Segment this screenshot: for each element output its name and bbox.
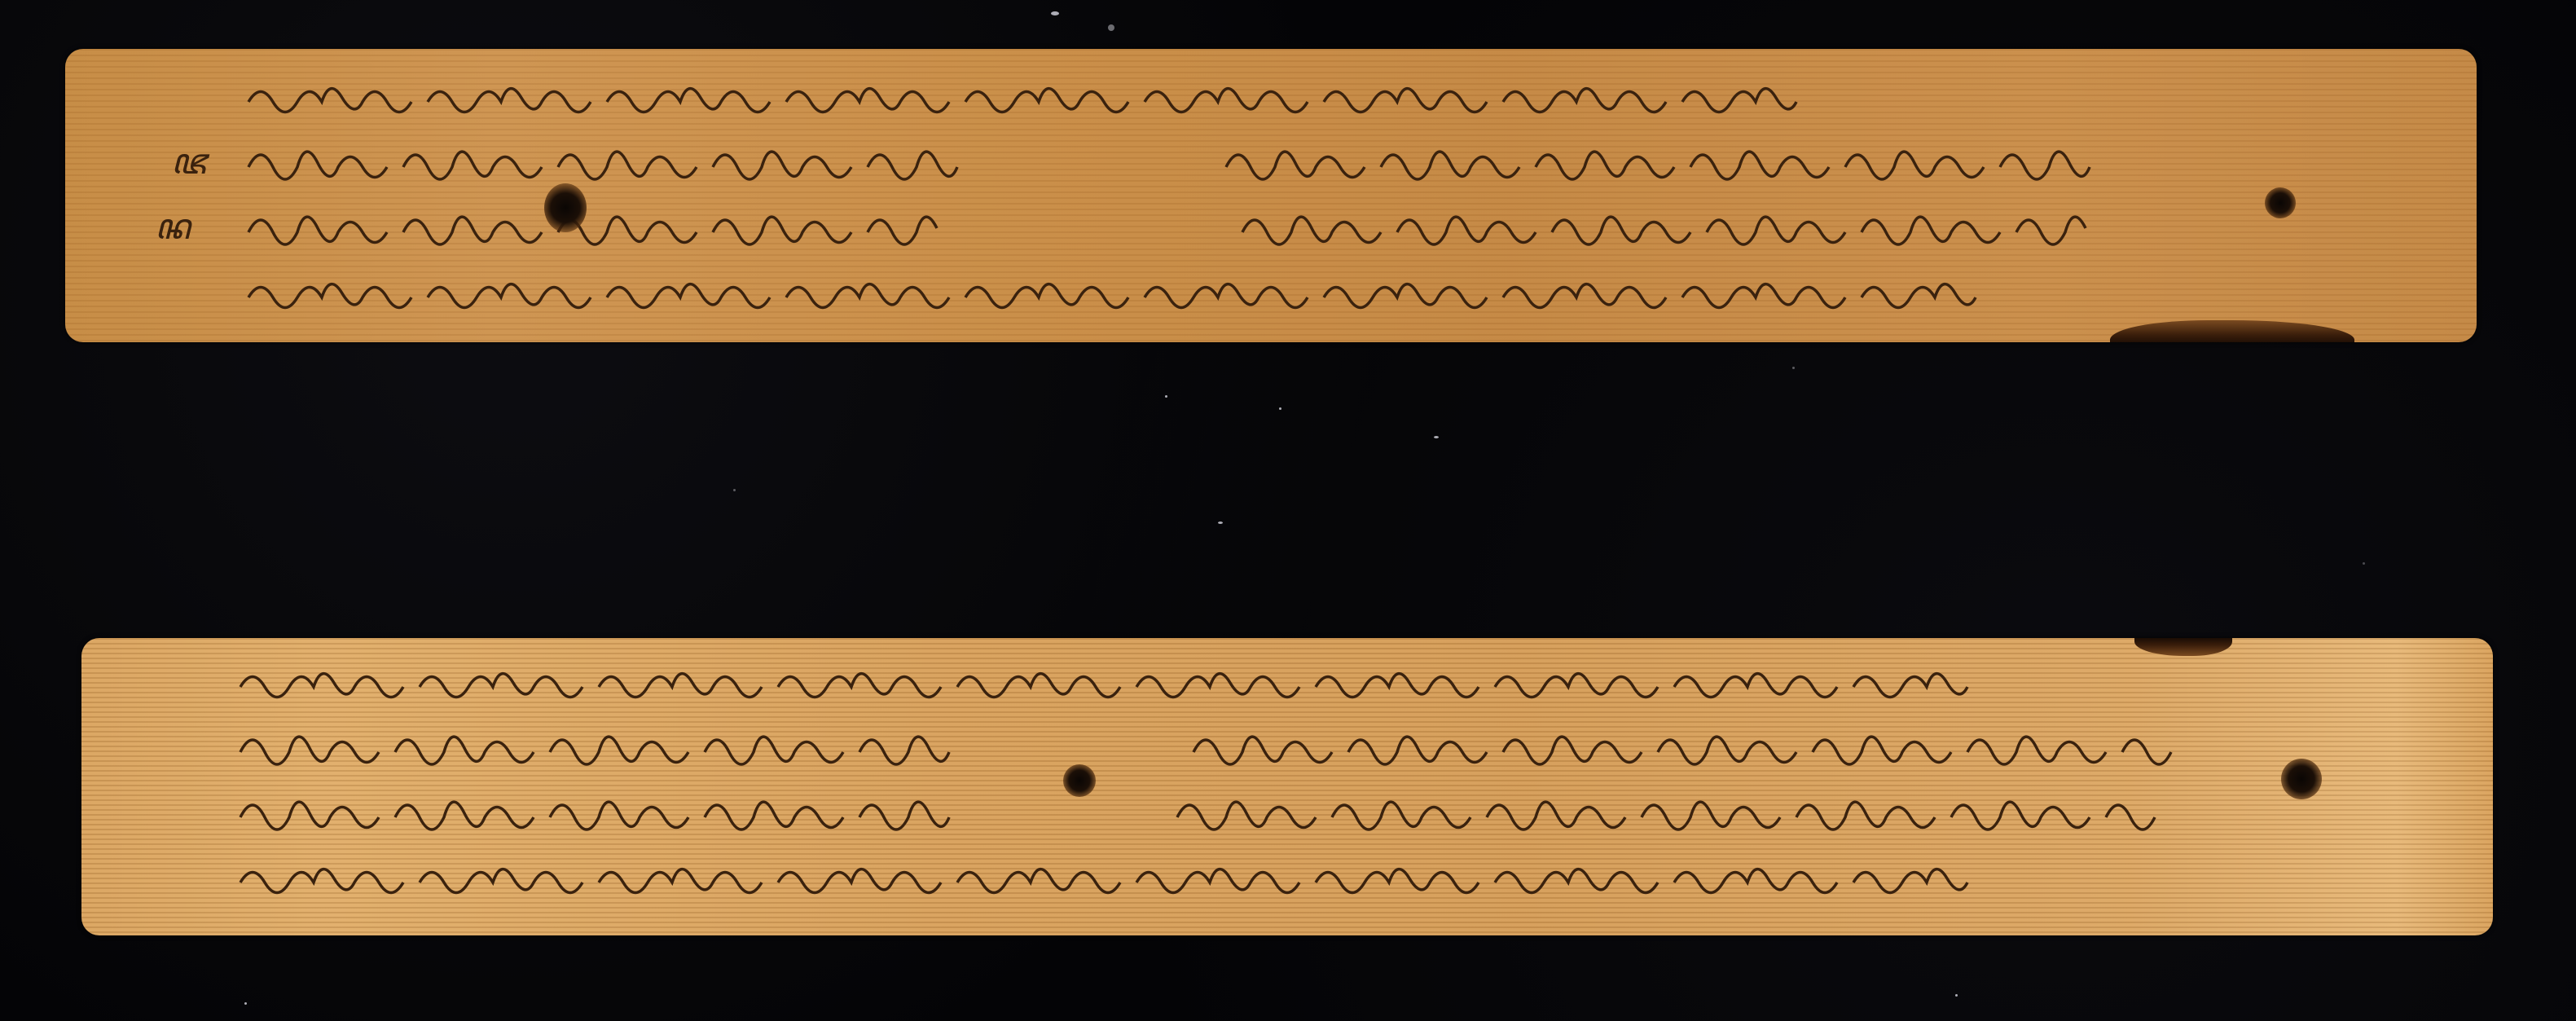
script-line	[236, 650, 2322, 707]
dust-speck	[733, 489, 736, 491]
dust-speck	[1434, 436, 1439, 438]
dust-speck	[1279, 407, 1281, 410]
script-line	[244, 65, 2069, 122]
script-line	[236, 781, 1051, 838]
script-line	[1189, 715, 2322, 772]
palm-leaf-2	[81, 638, 2493, 935]
dust-speck	[1108, 24, 1114, 31]
palm-leaf-1: ꦗ ꦤ	[65, 49, 2477, 342]
dust-speck	[244, 1002, 247, 1005]
script-line	[236, 715, 1035, 772]
dust-speck	[1792, 367, 1795, 369]
script-line	[1222, 130, 2249, 187]
script-line	[1238, 196, 2249, 253]
dust-speck	[2363, 562, 2365, 565]
binding-hole	[2281, 759, 2322, 799]
dust-speck	[1051, 11, 1059, 15]
script-line	[236, 846, 2322, 903]
binding-hole	[1063, 764, 1096, 797]
dust-speck	[1165, 395, 1167, 398]
binding-hole	[544, 183, 587, 232]
script-line	[244, 261, 2330, 318]
edge-damage	[2110, 320, 2354, 342]
binding-hole	[2265, 187, 2296, 218]
script-line	[244, 196, 978, 253]
script-line	[1173, 781, 2322, 838]
script-line	[244, 130, 1026, 187]
dust-speck	[1218, 522, 1223, 524]
leaf-number-glyph: ꦗ	[171, 134, 207, 207]
leaf-number-glyph: ꦤ	[155, 200, 191, 272]
dust-speck	[1955, 994, 1958, 997]
